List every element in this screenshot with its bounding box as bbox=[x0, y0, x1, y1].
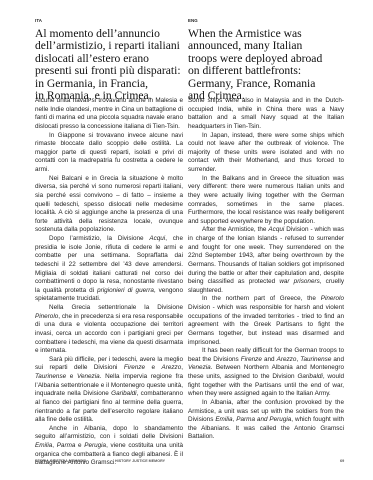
body-paragraph: Nella Grecia settentrionale la Divisione… bbox=[35, 304, 183, 356]
italic-term: Venezia bbox=[188, 364, 211, 371]
headline-eng: When the Armistice was announced, many I… bbox=[188, 28, 322, 102]
text-run: and bbox=[331, 356, 344, 363]
italic-term: Parma bbox=[57, 442, 76, 449]
italic-term: Emilia bbox=[215, 416, 232, 423]
text-run: and bbox=[262, 356, 277, 363]
text-run: , che in precedenza si era resa responsa… bbox=[35, 313, 183, 355]
text-run: e bbox=[75, 442, 84, 449]
headline-line: on different battlefronts: bbox=[188, 65, 322, 77]
headline-line: dell’armistizio, i reparti italiani bbox=[35, 40, 181, 52]
body-paragraph: In Albania, after the confusion provoked… bbox=[188, 399, 344, 442]
headline-ita: Al momento dell’annuncio dell’armistizio… bbox=[35, 28, 181, 102]
italic-term: Firenze bbox=[241, 356, 262, 363]
italic-term: Perugia bbox=[84, 442, 106, 449]
body-text-ita: Alcune unità navali si trovavano anche i… bbox=[35, 97, 183, 468]
body-paragraph: Dopo l’armistizio, la Divisione Acqui, c… bbox=[35, 235, 183, 304]
text-run: e bbox=[145, 364, 161, 371]
italic-term: Arezzo bbox=[277, 356, 297, 363]
italic-term: Taurinense bbox=[35, 373, 66, 380]
body-paragraph: Some ships were also in Malaysia and in … bbox=[188, 97, 344, 132]
body-paragraph: In the Balkans and in Greece the situati… bbox=[188, 175, 344, 227]
text-run: After the Armistice, the bbox=[202, 226, 268, 233]
footer-running-title-ita: STORIA GIUSTIZIA MEMORIA bbox=[35, 459, 87, 463]
text-run: e bbox=[66, 373, 77, 380]
text-run: Nella Grecia settentrionale la Divisione bbox=[49, 304, 183, 311]
text-run: Division - which was responsible for har… bbox=[188, 304, 344, 346]
italic-term: war prisoners bbox=[279, 278, 319, 285]
italic-term: Pinerolo bbox=[35, 313, 58, 320]
body-paragraph: It has been really difficult for the Ger… bbox=[188, 347, 344, 399]
italic-term: prigionieri di guerra bbox=[97, 287, 154, 294]
body-paragraph: In the northern part of Greece, the Pine… bbox=[188, 295, 344, 347]
text-run: Division - which was in charge of the Io… bbox=[188, 226, 344, 285]
text-run: In the Balkans and in Greece the situati… bbox=[188, 175, 344, 225]
headline-line: announced, many Italian bbox=[188, 40, 322, 52]
text-run: In the northern part of Greece, the bbox=[202, 295, 321, 302]
body-paragraph: In Japan, instead, there were some ships… bbox=[188, 132, 344, 175]
italic-term: Parma and Perugia bbox=[236, 416, 291, 423]
footer-running-title-eng: HISTORY JUSTICE MEMORY bbox=[115, 459, 165, 463]
italic-term: Venezia bbox=[77, 373, 100, 380]
italic-term: Pinerolo bbox=[321, 295, 344, 302]
language-label-ita: ITA bbox=[35, 18, 42, 23]
italic-term: Acqui bbox=[149, 235, 165, 242]
body-paragraph: Alcune unità navali si trovavano anche i… bbox=[35, 97, 183, 132]
body-paragraph: Nei Balcani e in Grecia la situazione è … bbox=[35, 175, 183, 235]
italic-term: Arezzo bbox=[161, 364, 181, 371]
page-number: 69 bbox=[340, 459, 344, 463]
text-run: Alcune unità navali si trovavano anche i… bbox=[35, 97, 183, 130]
text-run: , che presidia le isole Jonie, rifiuta d… bbox=[35, 235, 183, 294]
text-run: In Japan, instead, there were some ships… bbox=[188, 132, 344, 174]
headline-line: presenti sui fronti più disparati: bbox=[35, 65, 181, 77]
language-label-eng: ENG bbox=[188, 18, 198, 23]
body-paragraph: In Giappone si trovavano invece alcune n… bbox=[35, 132, 183, 175]
text-run: Anche in Albania, dopo lo sbandamento se… bbox=[35, 425, 183, 441]
body-paragraph: Sarà più difficile, per i tedeschi, aver… bbox=[35, 356, 183, 425]
italic-term: Garibaldi bbox=[111, 390, 136, 397]
italic-term: Firenze bbox=[124, 364, 145, 371]
text-run: Dopo l’armistizio, la Divisione bbox=[49, 235, 149, 242]
body-paragraph: After the Armistice, the Acqui Division … bbox=[188, 226, 344, 295]
italic-term: Emilia bbox=[35, 442, 52, 449]
text-run: Some ships were also in Malaysia and in … bbox=[188, 97, 344, 130]
italic-term: Acqui bbox=[268, 226, 284, 233]
text-run: , bbox=[181, 364, 183, 371]
italic-term: Taurinense bbox=[300, 356, 331, 363]
italic-term: Garibaldi bbox=[297, 373, 322, 380]
text-run: Nei Balcani e in Grecia la situazione è … bbox=[35, 175, 183, 234]
text-run: In Giappone si trovavano invece alcune n… bbox=[35, 132, 183, 174]
body-text-eng: Some ships were also in Malaysia and in … bbox=[188, 97, 344, 442]
